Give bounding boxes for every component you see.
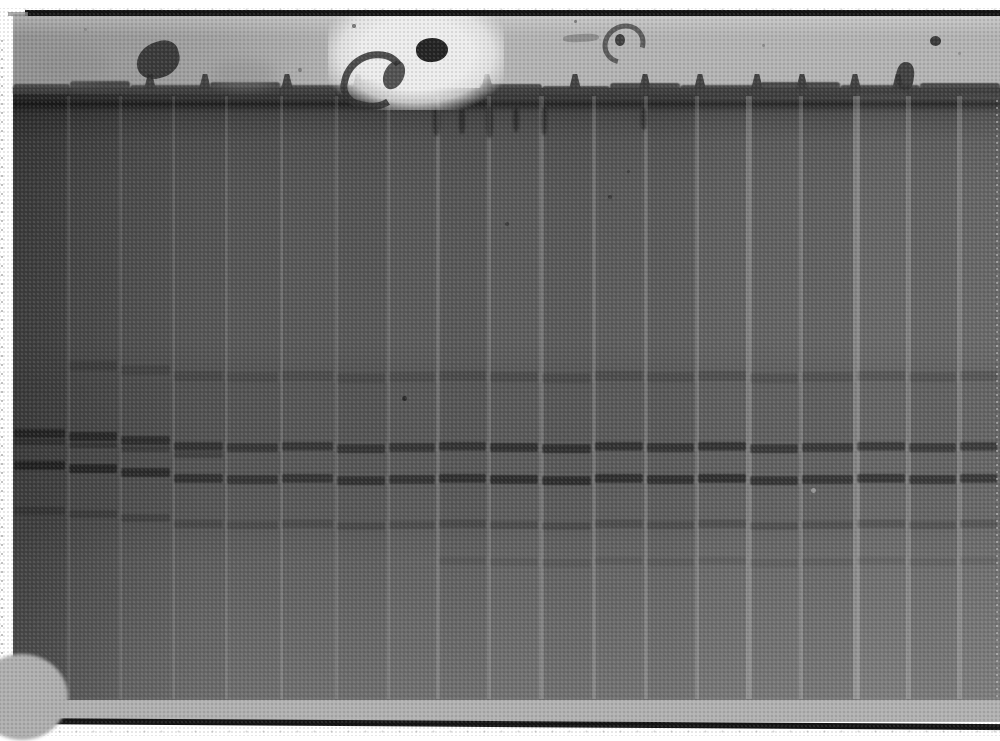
headspace-top-sheen	[13, 14, 1000, 36]
tail-faint-band	[595, 557, 643, 565]
lane-separator	[746, 96, 752, 699]
well-streak	[486, 106, 493, 138]
main-upper-band	[802, 443, 853, 452]
lane-separator	[539, 96, 544, 699]
gel-top-edge-segment	[680, 85, 760, 94]
lower-faint-band	[121, 514, 170, 522]
main-lower-band	[389, 475, 435, 484]
main-lower-band	[174, 474, 223, 483]
main-lower-band	[802, 475, 853, 484]
lane-separator	[695, 96, 699, 699]
gel-top-edge-segment	[70, 81, 130, 94]
tail-faint-band	[909, 558, 956, 566]
upper-faint-band	[647, 372, 694, 382]
lower-faint-band	[490, 521, 538, 529]
lower-faint-band	[647, 521, 694, 529]
lower-faint-band	[282, 520, 333, 528]
lower-faint-band	[857, 520, 905, 528]
lower-faint-band	[960, 520, 997, 528]
upper-faint-band	[802, 372, 853, 382]
tail-faint-band	[960, 557, 997, 565]
lane-separator	[119, 96, 122, 699]
gel-lane	[646, 92, 697, 703]
main-upper-band	[960, 442, 997, 451]
tail-faint-band	[802, 558, 853, 566]
lane-separator	[67, 96, 70, 699]
gel-lane	[959, 92, 1000, 703]
upper-faint-band	[960, 371, 997, 381]
tail-faint-band	[542, 559, 591, 567]
lane-separator	[280, 96, 283, 699]
photo-top-border-line	[25, 10, 1000, 16]
gel-lane	[226, 92, 281, 703]
gel-lane	[388, 92, 438, 703]
lane-separator	[335, 96, 338, 699]
main-lower-band	[542, 476, 591, 485]
main-lower-band	[595, 474, 643, 483]
tail-faint-band	[698, 557, 746, 565]
left-middle-band	[14, 439, 65, 445]
lower-faint-band	[595, 520, 643, 528]
lower-faint-band	[69, 510, 117, 518]
upper-faint-band	[389, 372, 435, 382]
main-upper-band	[337, 444, 385, 453]
gel-lane	[697, 92, 749, 703]
lane-separator	[387, 96, 390, 699]
gel-lane	[594, 92, 646, 703]
main-lower-band	[439, 474, 486, 483]
main-upper-band	[857, 442, 905, 451]
lane-separator	[487, 96, 491, 699]
main-upper-band	[909, 443, 956, 452]
right-edge-dot-noise	[996, 100, 998, 700]
gel-lane	[68, 92, 120, 703]
lower-faint-band	[174, 520, 223, 528]
left-middle-band	[121, 446, 170, 452]
main-upper-band	[121, 436, 170, 445]
well-streak	[641, 108, 647, 130]
main-lower-band	[698, 474, 746, 483]
main-upper-band	[439, 442, 486, 451]
main-upper-band	[69, 432, 117, 441]
gel-lane	[173, 92, 226, 703]
gel-lane	[438, 92, 489, 703]
lower-faint-band	[542, 522, 591, 530]
lower-faint-band	[698, 520, 746, 528]
upper-faint-band	[439, 371, 486, 381]
gel-lane	[489, 92, 541, 703]
main-lower-band	[647, 475, 694, 484]
upper-faint-band	[490, 372, 538, 382]
dust-speck	[402, 396, 407, 401]
main-lower-band	[750, 476, 798, 485]
lower-faint-band	[439, 520, 486, 528]
dust-speck	[574, 20, 577, 23]
upper-faint-band	[69, 361, 117, 371]
lane-separator	[906, 96, 911, 699]
gel-top-edge-segment	[130, 85, 210, 94]
tail-faint-band	[750, 559, 798, 567]
main-lower-band	[909, 475, 956, 484]
left-middle-band	[174, 452, 223, 458]
tail-faint-band	[647, 558, 694, 566]
gel-lane	[801, 92, 856, 703]
main-upper-band	[595, 442, 643, 451]
lane-separator	[853, 96, 860, 699]
left-mottle-blob	[36, 48, 110, 80]
upper-faint-band	[542, 373, 591, 383]
upper-faint-band	[174, 371, 223, 381]
upper-faint-band	[337, 373, 385, 383]
lane-separator	[592, 96, 596, 699]
photo-top-border-lead	[8, 12, 28, 16]
well-streak	[541, 107, 547, 135]
lower-faint-band	[750, 522, 798, 530]
upper-faint-band	[227, 372, 278, 382]
well-streak	[459, 108, 465, 134]
dust-speck	[84, 28, 87, 31]
lower-faint-band	[337, 522, 385, 530]
main-upper-band	[227, 443, 278, 452]
main-lower-band	[121, 468, 170, 477]
main-lower-band	[857, 474, 905, 483]
upper-faint-band	[121, 365, 170, 375]
left-edge-dot-noise	[1, 40, 3, 730]
upper-faint-band	[698, 371, 746, 381]
lower-faint-band	[389, 521, 435, 529]
well-streak	[433, 106, 440, 136]
dust-speck	[762, 44, 765, 47]
gel-lane	[749, 92, 801, 703]
main-lower-band	[960, 474, 997, 483]
tail-faint-band	[439, 557, 486, 565]
main-lower-band	[490, 475, 538, 484]
left-mottle-blob	[212, 60, 276, 88]
upper-faint-band	[909, 372, 956, 382]
tail-faint-band	[857, 557, 905, 565]
dust-speck	[958, 52, 961, 55]
main-upper-band	[174, 442, 223, 451]
main-upper-band	[750, 444, 798, 453]
dust-speck	[627, 170, 630, 173]
main-upper-band	[490, 443, 538, 452]
gel-lane	[336, 92, 388, 703]
gel-lane	[856, 92, 908, 703]
lower-faint-band	[909, 521, 956, 529]
gel-body	[13, 88, 1000, 703]
main-lower-band	[227, 475, 278, 484]
gel-lane	[13, 92, 68, 703]
main-upper-band	[542, 444, 591, 453]
gel-top-edge-segment	[920, 83, 1000, 94]
right-speck-blob	[930, 36, 941, 46]
main-lower-band	[14, 461, 65, 470]
main-upper-band	[14, 429, 65, 438]
lane-separator	[225, 96, 228, 699]
swirl-core	[615, 34, 625, 46]
lane-separator	[436, 96, 440, 699]
gel-lane	[908, 92, 959, 703]
main-lower-band	[282, 474, 333, 483]
well-streak	[513, 108, 519, 132]
upper-faint-band	[282, 371, 333, 381]
lane-separator	[957, 96, 962, 699]
gel-lane	[541, 92, 594, 703]
gel-lane	[120, 92, 173, 703]
dust-speck	[298, 68, 302, 72]
lower-faint-band	[14, 507, 65, 515]
gel-photo: Halftone black-and-white photograph of a…	[0, 0, 1000, 741]
lane-separator	[172, 96, 175, 699]
lane-separator	[799, 96, 803, 699]
dust-speck	[505, 222, 509, 226]
tail-faint-band	[490, 558, 538, 566]
upper-faint-band	[595, 371, 643, 381]
left-middle-band	[69, 442, 117, 448]
lower-faint-band	[802, 521, 853, 529]
main-lower-band	[337, 476, 385, 485]
dust-speck	[608, 195, 612, 199]
main-upper-band	[647, 443, 694, 452]
main-upper-band	[282, 442, 333, 451]
upper-faint-band	[750, 373, 798, 383]
gel-top-edge-segment	[13, 84, 70, 94]
gel-lane	[281, 92, 336, 703]
main-upper-band	[389, 443, 435, 452]
dust-speck	[352, 24, 356, 28]
dust-speck	[811, 488, 816, 493]
upper-faint-band	[857, 371, 905, 381]
lower-faint-band	[227, 521, 278, 529]
main-upper-band	[698, 442, 746, 451]
lane-separator	[644, 96, 648, 699]
main-lower-band	[69, 464, 117, 473]
